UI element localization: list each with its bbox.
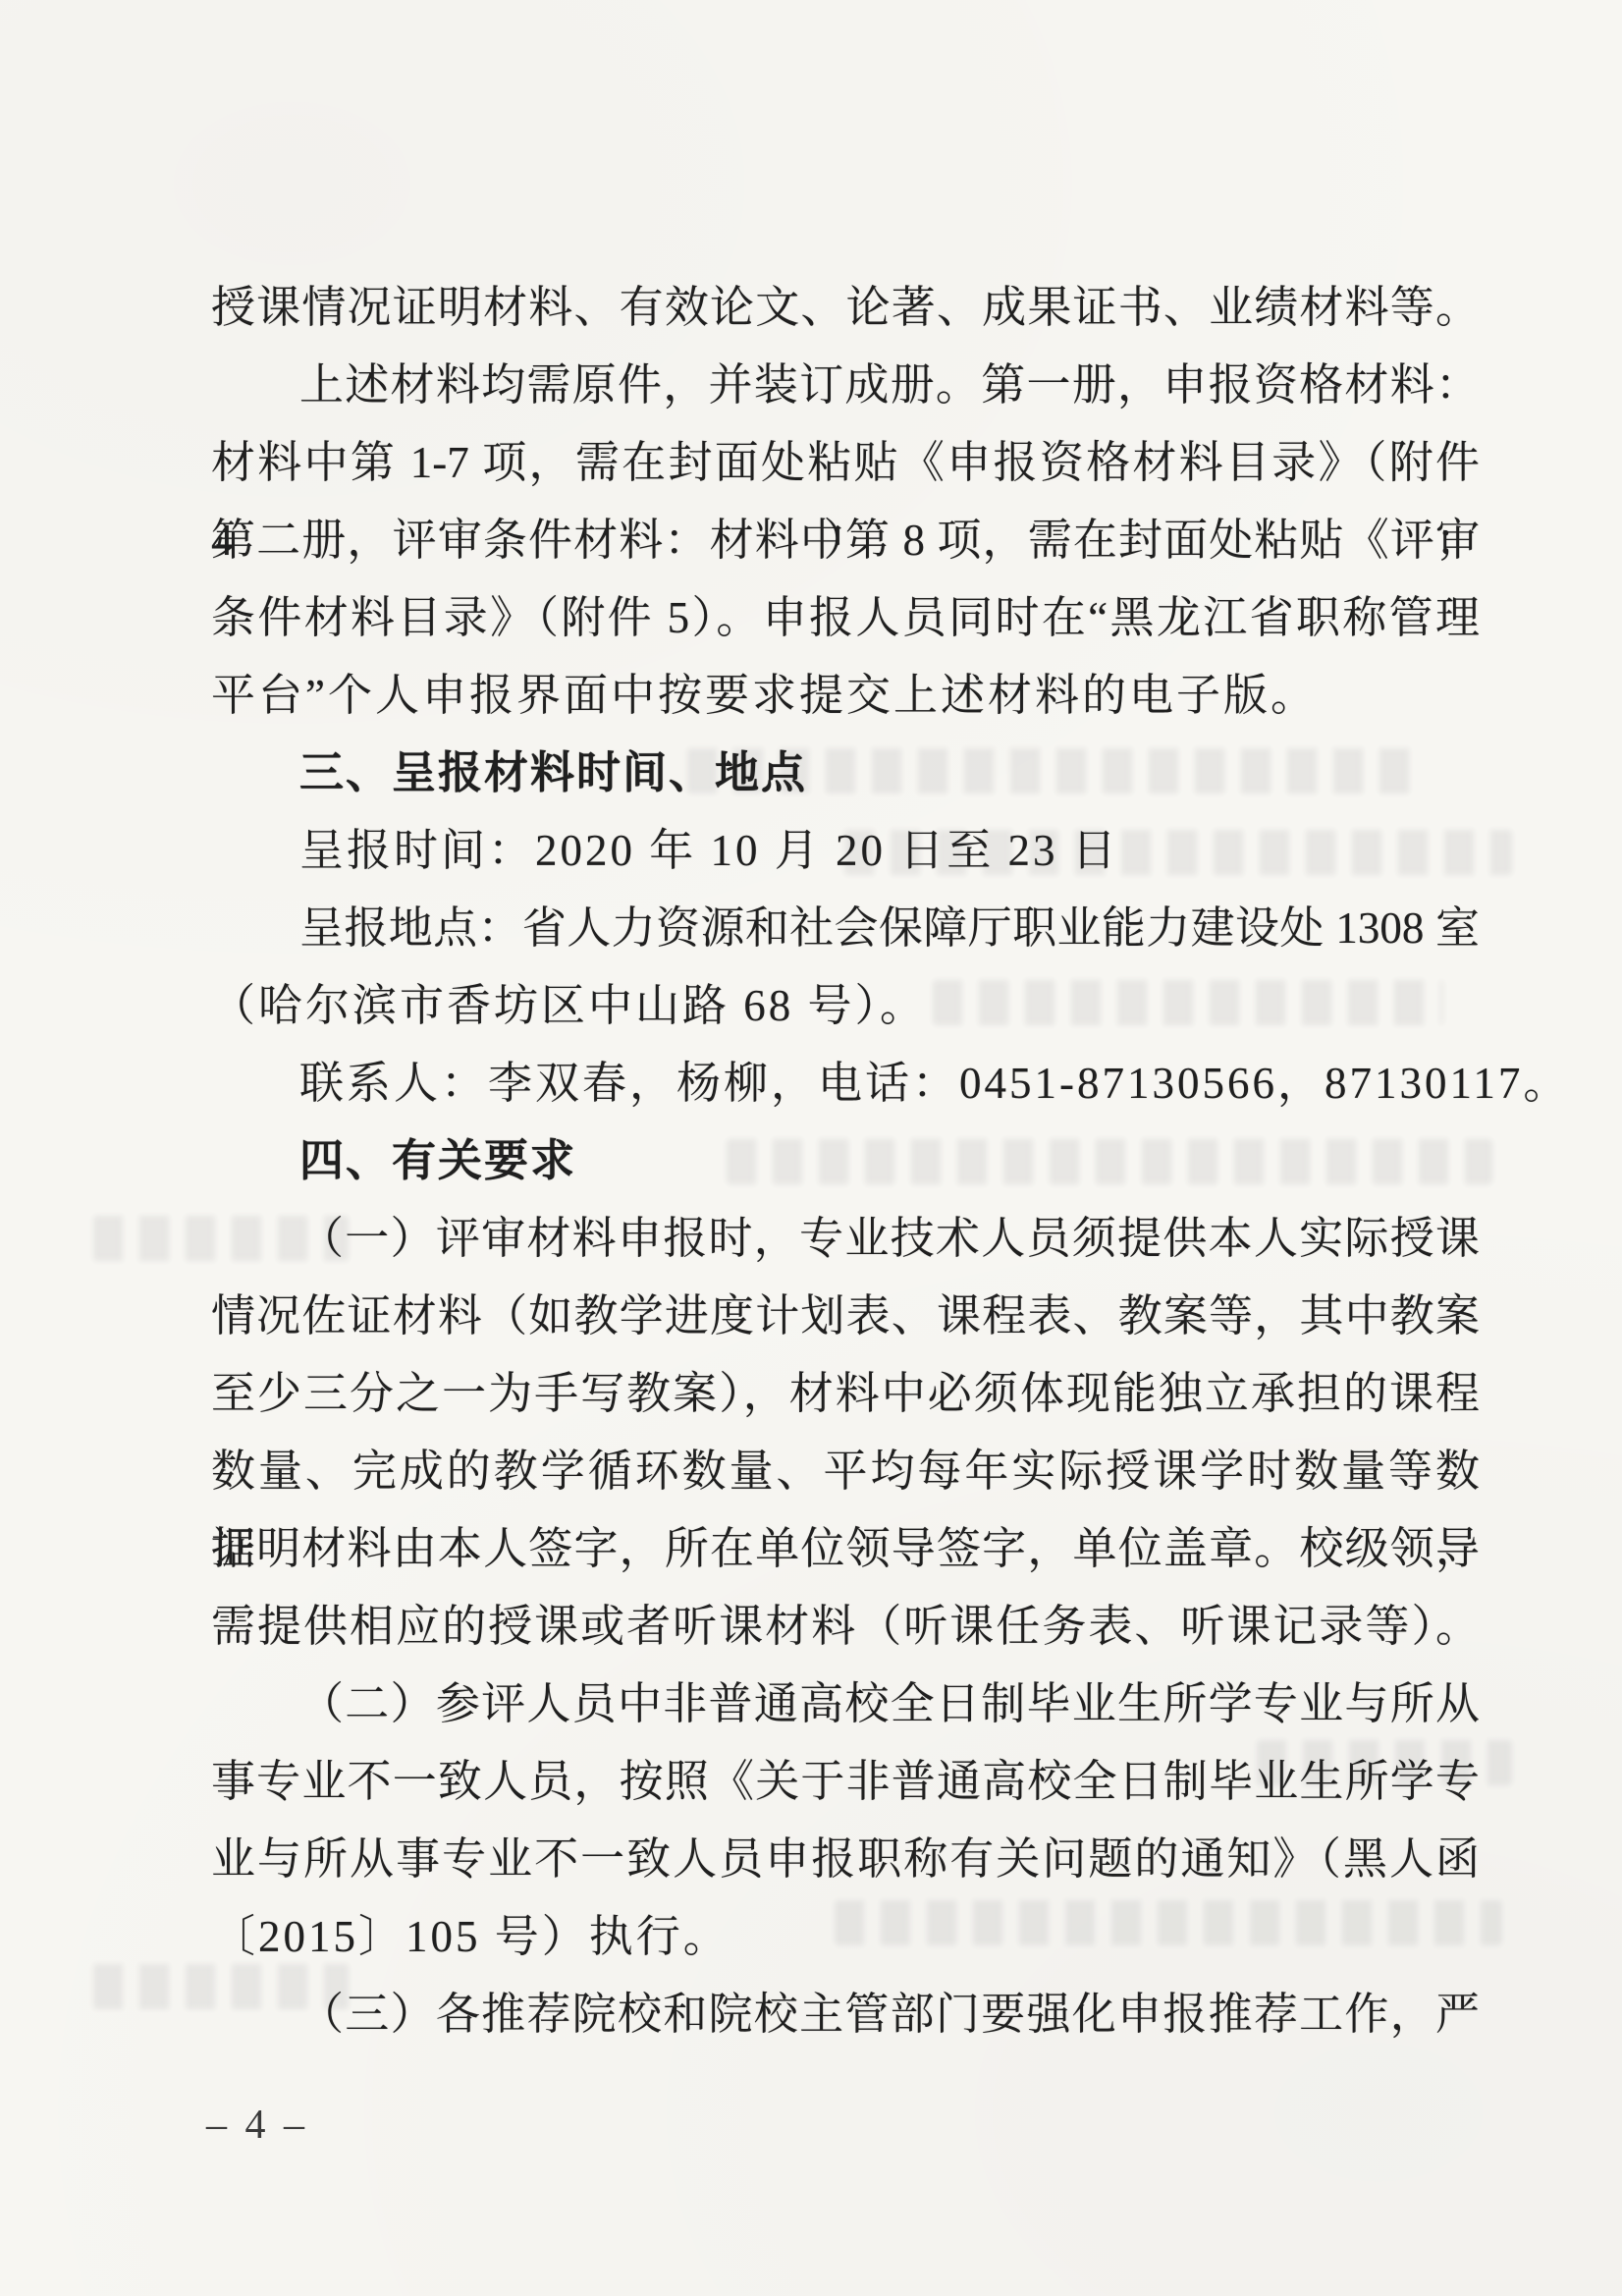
paragraph-line: 平台”个人申报界面中按要求提交上述材料的电子版。 <box>211 657 1480 735</box>
section-heading-submission-time-place: 三、呈报材料时间、地点 <box>211 735 1480 812</box>
paragraph-line: 需提供相应的授课或者听课材料（听课任务表、听课记录等）。 <box>211 1588 1480 1666</box>
paragraph-line: 证明材料由本人签字，所在单位领导签字，单位盖章。校级领导 <box>211 1510 1480 1588</box>
paragraph-line: 条件材料目录》（附件 5）。申报人员同时在“黑龙江省职称管理 <box>211 579 1480 657</box>
paragraph-line: 〔2015〕105 号）执行。 <box>211 1898 1480 1976</box>
paragraph-line: 事专业不一致人员，按照《关于非普通高校全日制毕业生所学专 <box>211 1743 1480 1821</box>
paragraph-line: 材料中第 1-7 项，需在封面处粘贴《申报资格材料目录》（附件 4）； <box>211 424 1480 502</box>
paragraph-line: 情况佐证材料（如教学进度计划表、课程表、教案等，其中教案 <box>211 1278 1480 1355</box>
paragraph-line: 第二册，评审条件材料：材料中第 8 项，需在封面处粘贴《评审 <box>211 502 1480 579</box>
document-body: 授课情况证明材料、有效论文、论著、成果证书、业绩材料等。 上述材料均需原件，并装… <box>211 269 1480 2053</box>
paragraph-line: （一）评审材料申报时，专业技术人员须提供本人实际授课 <box>211 1200 1480 1278</box>
page-number: – 4 – <box>206 2102 308 2149</box>
paragraph-line: 上述材料均需原件，并装订成册。第一册，申报资格材料： <box>211 347 1480 424</box>
submission-address-line: （哈尔滨市香坊区中山路 68 号）。 <box>211 967 1480 1045</box>
submission-place-line: 呈报地点：省人力资源和社会保障厅职业能力建设处 1308 室 <box>211 890 1480 967</box>
scanned-document-page: 授课情况证明材料、有效论文、论著、成果证书、业绩材料等。 上述材料均需原件，并装… <box>0 0 1622 2296</box>
paragraph-line: 数量、完成的教学循环数量、平均每年实际授课学时数量等数据， <box>211 1433 1480 1510</box>
section-heading-requirements: 四、有关要求 <box>211 1122 1480 1200</box>
paragraph-line: 业与所从事专业不一致人员申报职称有关问题的通知》（黑人函 <box>211 1821 1480 1898</box>
paragraph-line: （二）参评人员中非普通高校全日制毕业生所学专业与所从 <box>211 1666 1480 1743</box>
paragraph-line: 授课情况证明材料、有效论文、论著、成果证书、业绩材料等。 <box>211 269 1480 347</box>
contact-line: 联系人：李双春，杨柳，电话：0451-87130566，87130117。 <box>211 1045 1480 1122</box>
paragraph-line: 至少三分之一为手写教案），材料中必须体现能独立承担的课程 <box>211 1355 1480 1433</box>
submission-time-line: 呈报时间：2020 年 10 月 20 日至 23 日 <box>211 812 1480 890</box>
paragraph-line: （三）各推荐院校和院校主管部门要强化申报推荐工作，严 <box>211 1976 1480 2053</box>
